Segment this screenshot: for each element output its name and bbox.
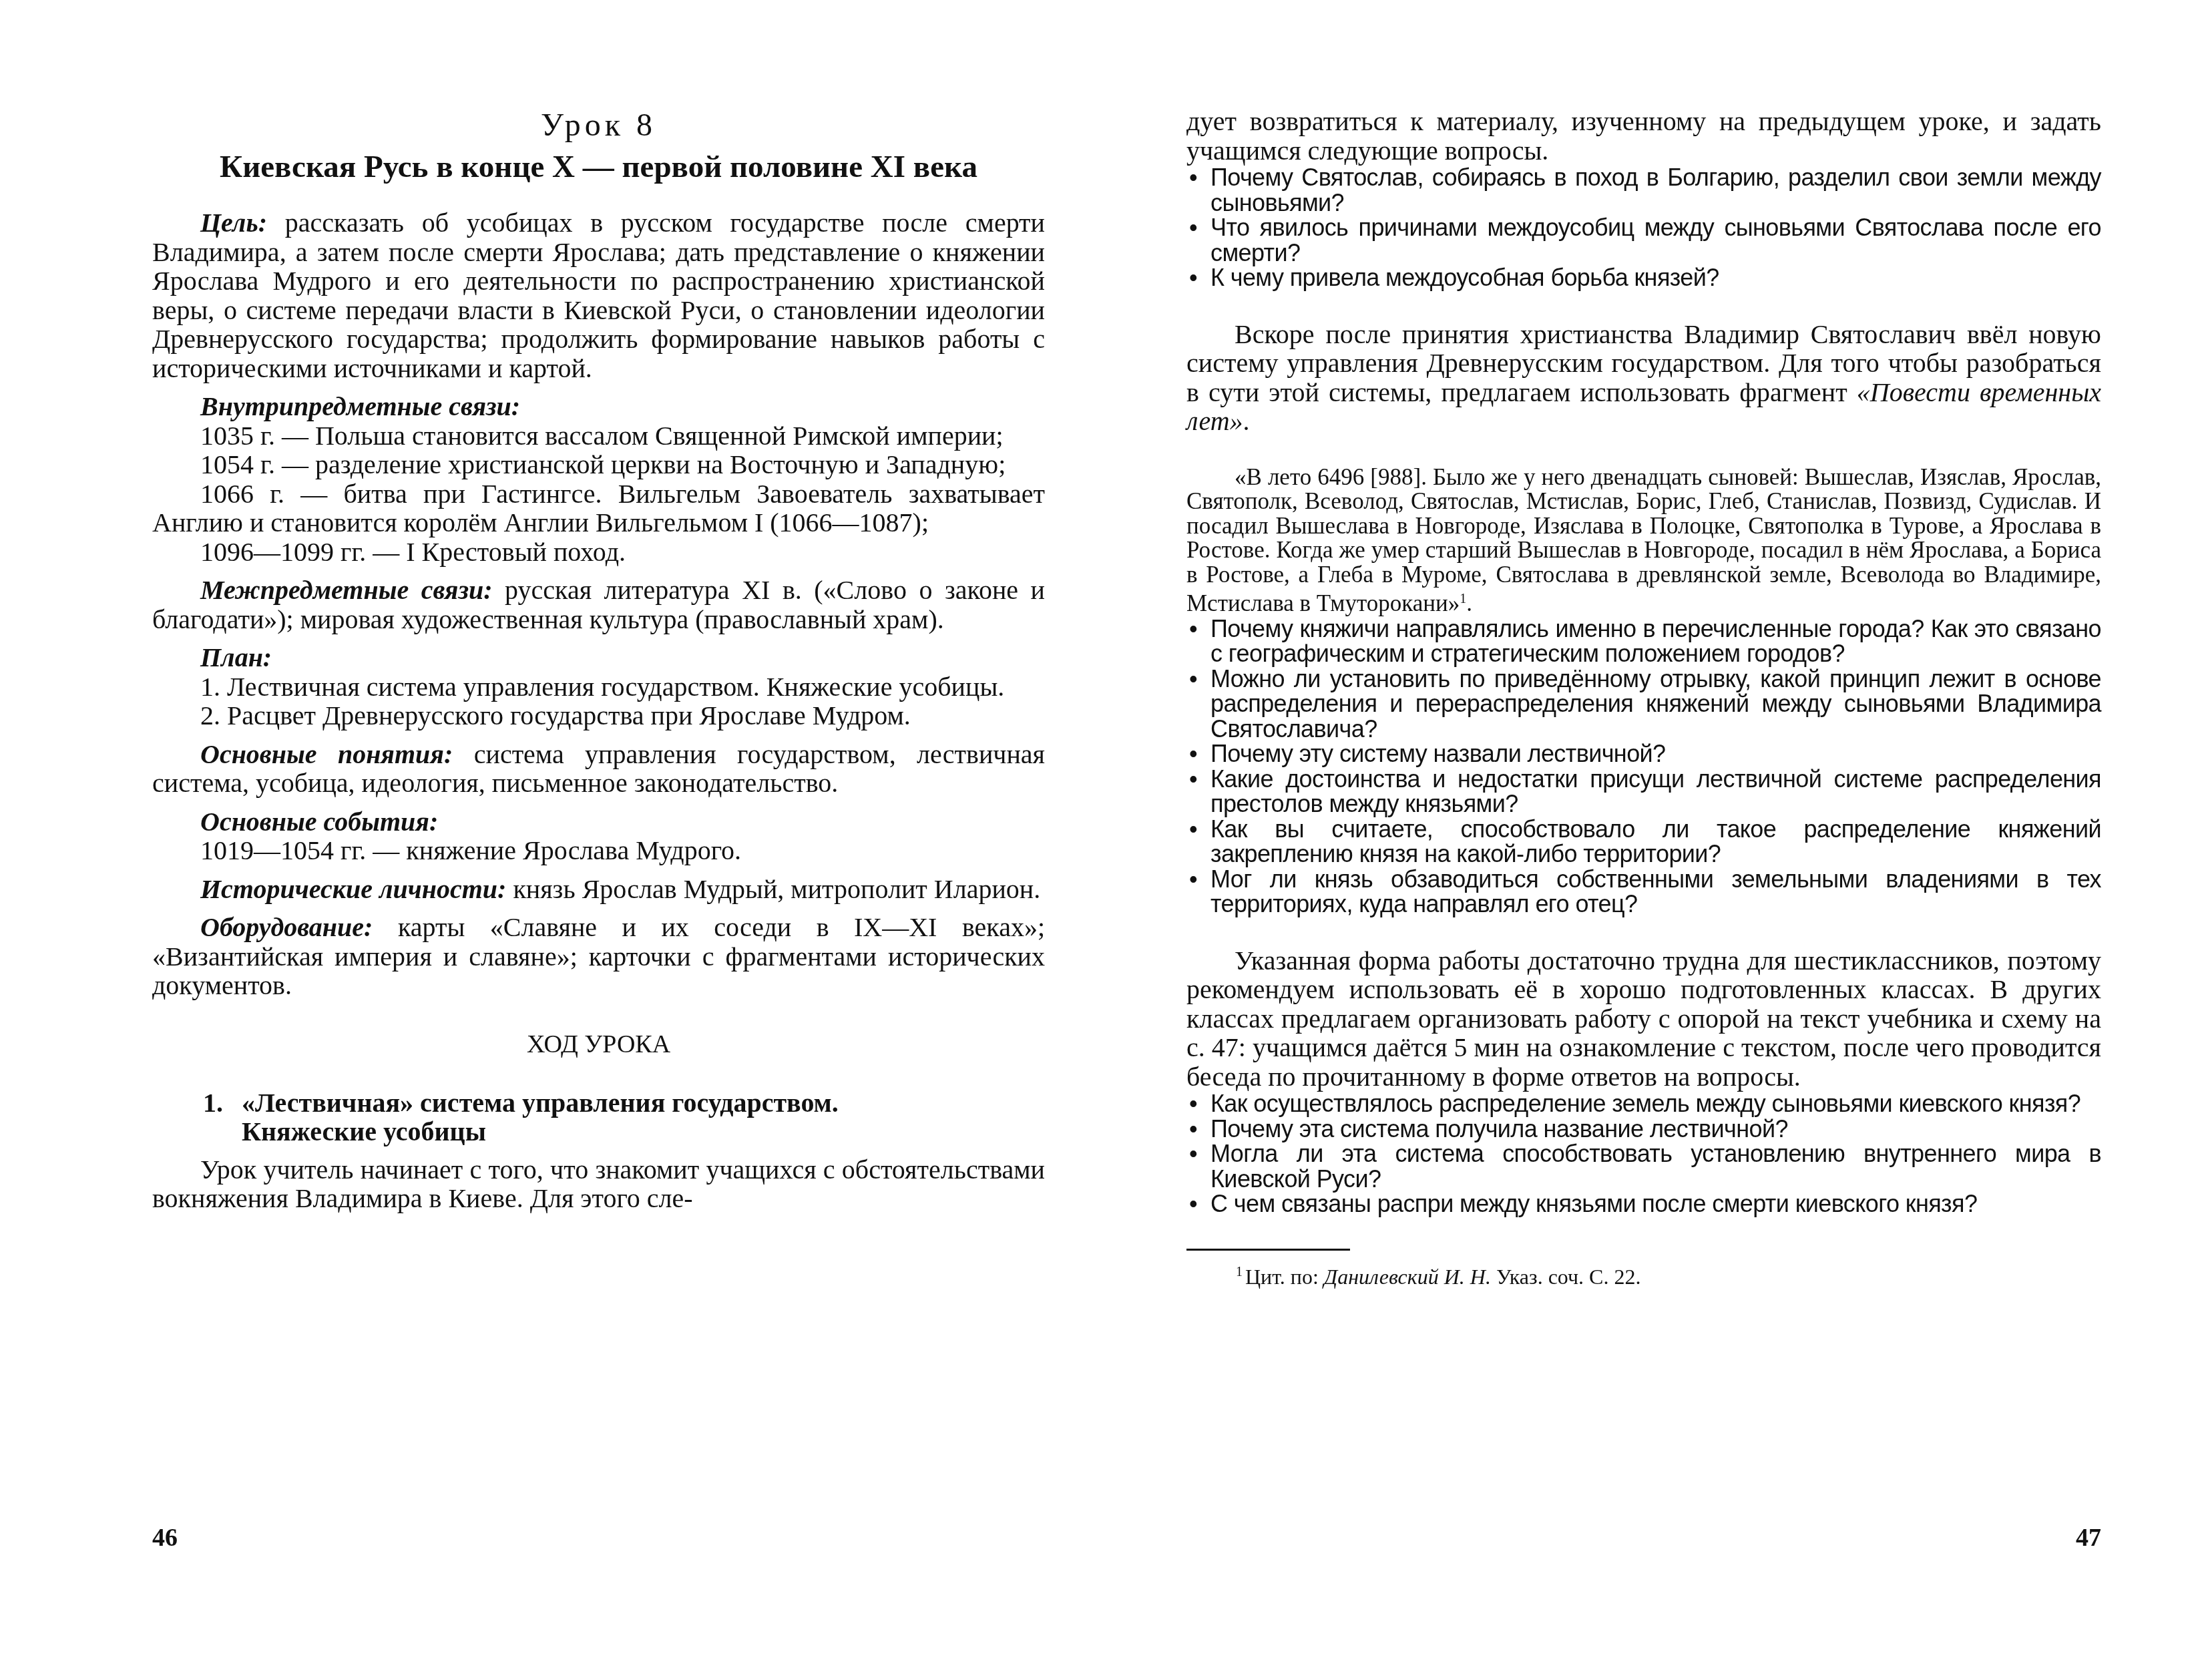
continuation-paragraph: дует возвратиться к материалу, изученном…	[1186, 107, 2101, 165]
key-events-label: Основные события	[200, 807, 429, 837]
question-item: •Почему Святослав, собираясь в поход в Б…	[1186, 165, 2101, 215]
question-text: Почему княжичи направлялись именно в пер…	[1210, 615, 2101, 668]
intra-subject-label-line: Внутрипредметные связи:	[152, 392, 1045, 421]
label-colon: :	[263, 642, 272, 672]
bullet-icon: •	[1189, 767, 1197, 792]
label-colon: :	[483, 575, 492, 605]
section-1-title-line-2: Княжеские усобицы	[203, 1117, 1045, 1146]
historical-figures-label: Исторические личности	[200, 874, 497, 904]
label-colon: :	[497, 874, 506, 904]
goal-paragraph: Цель: рассказать об усобицах в русском г…	[152, 208, 1045, 383]
question-text: Можно ли установить по приведённому отры…	[1210, 665, 2101, 743]
key-concepts-label: Основные понятия	[200, 739, 444, 769]
questions-list-1: •Почему Святослав, собираясь в поход в Б…	[1186, 165, 2101, 290]
section-1-heading: 1. «Лествичная» система управления госуд…	[152, 1088, 1045, 1146]
question-item: •Почему эту систему назвали лествичной?	[1186, 741, 2101, 767]
question-item: •Можно ли установить по приведённому отр…	[1186, 666, 2101, 742]
page-number-right: 47	[2076, 1524, 2101, 1551]
question-text: С чем связаны распри между князьями посл…	[1210, 1190, 1977, 1217]
bullet-icon: •	[1189, 1141, 1197, 1167]
page-number-left: 46	[152, 1524, 178, 1551]
quote-text: «В лето 6496 [988]. Было же у него двена…	[1186, 464, 2101, 617]
label-colon: :	[511, 391, 520, 421]
question-text: Могла ли эта система способствовать уста…	[1210, 1140, 2101, 1193]
question-text: К чему привела междоусобная борьба князе…	[1210, 264, 1719, 291]
historical-figures-paragraph: Исторические личности: князь Ярослав Муд…	[152, 875, 1045, 904]
lesson-progress-heading: ХОД УРОКА	[152, 1030, 1045, 1059]
bullet-icon: •	[1189, 215, 1197, 240]
question-item: •Могла ли эта система способствовать уст…	[1186, 1141, 2101, 1191]
question-text: Мог ли князь обзаводиться собственными з…	[1210, 865, 2101, 918]
question-text: Что явилось причинами междоусобиц между …	[1210, 214, 2101, 266]
left-page-body: Цель: рассказать об усобицах в русском г…	[152, 208, 1045, 1213]
bullet-icon: •	[1189, 867, 1197, 892]
paragraph-2: Указанная форма работы достаточно трудна…	[1186, 946, 2101, 1092]
footnote-suffix: Указ. соч. С. 22.	[1496, 1265, 1641, 1289]
question-text: Какие достоинства и недостатки присущи л…	[1210, 765, 2101, 818]
footnote-divider	[1186, 1249, 1350, 1251]
paragraph-1: Вскоре после принятия христианства Влади…	[1186, 320, 2101, 436]
goal-text: рассказать об усобицах в русском государ…	[152, 208, 1045, 383]
question-text: Как вы считаете, способствовало ли такое…	[1210, 815, 2101, 868]
question-item: •Почему эта система получила название ле…	[1186, 1116, 2101, 1142]
key-event-item: 1019—1054 гг. — княжение Ярослава Мудрог…	[152, 836, 1045, 865]
question-item: •Как осуществлялось распределение земель…	[1186, 1091, 2101, 1116]
question-item: •Что явилось причинами междоусобиц между…	[1186, 215, 2101, 265]
intra-subject-item: 1096—1099 гг. — I Крестовый поход.	[152, 538, 1045, 567]
chronicle-quote: «В лето 6496 [988]. Было же у него двена…	[1186, 465, 2101, 616]
section-1-intro: Урок учитель начинает с того, что знаком…	[152, 1155, 1045, 1213]
question-item: •Какие достоинства и недостатки присущи …	[1186, 767, 2101, 817]
plan-label-line: План:	[152, 643, 1045, 672]
bullet-icon: •	[1189, 265, 1197, 290]
questions-list-3: •Как осуществлялось распределение земель…	[1186, 1091, 2101, 1217]
footnote-ref: 1	[1460, 592, 1466, 606]
question-item: •Как вы считаете, способствовало ли тако…	[1186, 817, 2101, 867]
intra-subject-label: Внутрипредметные связи	[200, 391, 511, 421]
bullet-icon: •	[1189, 1116, 1197, 1142]
question-text: Почему эта система получила название лес…	[1210, 1115, 1788, 1142]
lesson-number: Урок 8	[152, 107, 1045, 144]
bullet-icon: •	[1189, 741, 1197, 767]
question-text: Почему эту систему назвали лествичной?	[1210, 740, 1666, 767]
label-colon: :	[429, 807, 438, 837]
paragraph-1-end: .	[1243, 406, 1250, 436]
key-concepts-paragraph: Основные понятия: система управления гос…	[152, 740, 1045, 798]
equipment-paragraph: Оборудование: карты «Славяне и их соседи…	[152, 913, 1045, 1000]
bullet-icon: •	[1189, 666, 1197, 692]
question-text: Почему Святослав, собираясь в поход в Бо…	[1210, 164, 2101, 216]
question-item: •Почему княжичи направлялись именно в пе…	[1186, 616, 2101, 666]
label-colon: :	[444, 739, 453, 769]
bullet-icon: •	[1189, 165, 1197, 190]
label-colon: :	[364, 912, 373, 942]
footnote-author: Данилевский И. Н.	[1324, 1265, 1491, 1289]
bullet-icon: •	[1189, 1091, 1197, 1116]
question-item: •С чем связаны распри между князьями пос…	[1186, 1191, 2101, 1217]
questions-list-2: •Почему княжичи направлялись именно в пе…	[1186, 616, 2101, 917]
footnote-mark: 1	[1236, 1265, 1243, 1279]
intra-subject-item: 1066 г. — битва при Гастингсе. Вильгельм…	[152, 479, 1045, 538]
lesson-title: Киевская Русь в конце X — первой половин…	[152, 148, 1045, 186]
goal-label: Цель	[200, 208, 258, 238]
key-events-label-line: Основные события:	[152, 807, 1045, 837]
bullet-icon: •	[1189, 616, 1197, 642]
bullet-icon: •	[1189, 1191, 1197, 1217]
plan-label: План	[200, 642, 263, 672]
inter-subject-paragraph: Межпредметные связи: русская литература …	[152, 576, 1045, 634]
quote-end: .	[1466, 590, 1472, 616]
plan-item: 2. Расцвет Древнерусского государства пр…	[152, 701, 1045, 730]
question-item: •К чему привела междоусобная борьба княз…	[1186, 265, 2101, 290]
question-text: Как осуществлялось распределение земель …	[1210, 1090, 2080, 1117]
section-1-title-line-1: «Лествичная» система управления государс…	[203, 1088, 1045, 1117]
footnote-prefix: Цит. по:	[1245, 1265, 1319, 1289]
section-1-number: 1.	[203, 1088, 223, 1117]
label-colon: :	[258, 208, 267, 238]
intra-subject-item: 1035 г. — Польша становится вассалом Свя…	[152, 421, 1045, 451]
equipment-label: Оборудование	[200, 912, 364, 942]
historical-figures-text: князь Ярослав Мудрый, митрополит Иларион…	[513, 874, 1040, 904]
right-page-body: дует возвратиться к материалу, изученном…	[1186, 107, 2101, 1290]
intra-subject-item: 1054 г. — разделение христианской церкви…	[152, 450, 1045, 479]
inter-subject-label: Межпредметные связи	[200, 575, 483, 605]
footnote: 1Цит. по: Данилевский И. Н. Указ. соч. С…	[1186, 1259, 2101, 1290]
plan-item: 1. Лествичная система управления государ…	[152, 672, 1045, 702]
bullet-icon: •	[1189, 817, 1197, 842]
question-item: •Мог ли князь обзаводиться собственными …	[1186, 867, 2101, 917]
